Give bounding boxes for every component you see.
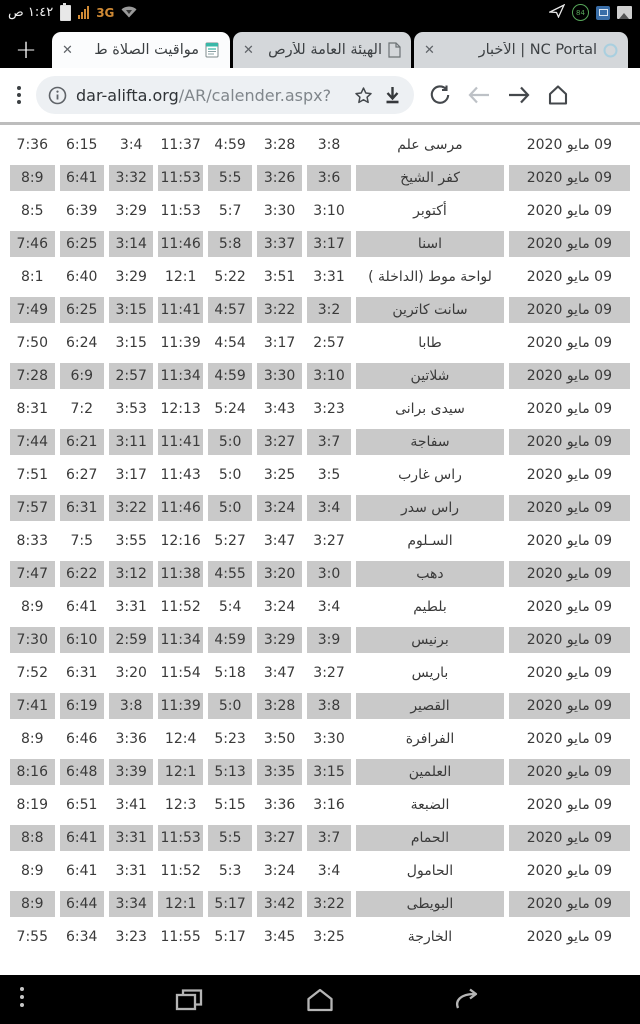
- tab-meteorology-authority[interactable]: الهيئة العامة للأرص ✕: [233, 32, 411, 68]
- time-cell: 5:0: [208, 462, 252, 488]
- date-cell: 09 مايو 2020: [509, 462, 630, 488]
- city-cell: الخارجة: [356, 924, 504, 950]
- time-cell: 5:4: [208, 594, 252, 620]
- time-cell: 7:2: [60, 396, 104, 422]
- table-row: 09 مايو 2020سيدى برانى3:233:435:2412:133…: [10, 396, 630, 422]
- date-cell: 09 مايو 2020: [509, 759, 630, 785]
- table-row: 09 مايو 2020باريس3:273:475:1811:543:206:…: [10, 660, 630, 686]
- time-cell: 6:41: [60, 858, 104, 884]
- time-cell: 7:30: [10, 627, 55, 653]
- date-cell: 09 مايو 2020: [509, 891, 630, 917]
- time-cell: 11:38: [158, 561, 202, 587]
- time-cell: 7:51: [10, 462, 55, 488]
- time-cell: 4:54: [208, 330, 252, 356]
- table-row: 09 مايو 2020لواحة موط (الداخلة )3:313:51…: [10, 264, 630, 290]
- time-cell: 3:27: [257, 429, 301, 455]
- time-cell: 3:15: [109, 330, 153, 356]
- time-cell: 3:24: [257, 858, 301, 884]
- clock: ١:٤٢ ص: [8, 5, 53, 20]
- close-icon[interactable]: ✕: [243, 43, 254, 58]
- recent-apps-button[interactable]: [172, 985, 206, 1015]
- time-cell: 3:8: [307, 132, 351, 158]
- time-cell: 3:31: [109, 858, 153, 884]
- date-cell: 09 مايو 2020: [509, 660, 630, 686]
- time-cell: 11:34: [158, 627, 202, 653]
- table-row: 09 مايو 2020الفرافرة3:303:505:2312:43:36…: [10, 726, 630, 752]
- city-cell: برنيس: [356, 627, 504, 653]
- date-cell: 09 مايو 2020: [509, 396, 630, 422]
- city-cell: الضبعة: [356, 792, 504, 818]
- close-icon[interactable]: ✕: [62, 43, 73, 58]
- back-arrow-icon[interactable]: [466, 83, 492, 107]
- time-cell: 3:12: [109, 561, 153, 587]
- time-cell: 5:23: [208, 726, 252, 752]
- time-cell: 3:39: [109, 759, 153, 785]
- android-navigation-bar: [0, 975, 640, 1024]
- table-row: 09 مايو 2020بلطيم3:43:245:411:523:316:41…: [10, 594, 630, 620]
- time-cell: 3:35: [257, 759, 301, 785]
- table-row: 09 مايو 2020الخارجة3:253:455:1711:553:23…: [10, 924, 630, 950]
- time-cell: 2:59: [109, 627, 153, 653]
- url-domain: dar-alifta.org: [76, 86, 179, 105]
- table-row: 09 مايو 2020راس غارب3:53:255:011:433:176…: [10, 462, 630, 488]
- time-cell: 5:5: [208, 825, 252, 851]
- tab-title: مواقيت الصلاة ط: [79, 42, 199, 58]
- time-cell: 5:22: [208, 264, 252, 290]
- time-cell: 3:24: [257, 594, 301, 620]
- time-cell: 7:41: [10, 693, 55, 719]
- time-cell: 3:10: [307, 198, 351, 224]
- city-cell: البويطى: [356, 891, 504, 917]
- time-cell: 8:9: [10, 858, 55, 884]
- time-cell: 8:16: [10, 759, 55, 785]
- date-cell: 09 مايو 2020: [509, 198, 630, 224]
- time-cell: 12:1: [158, 759, 202, 785]
- time-cell: 3:29: [109, 264, 153, 290]
- time-cell: 5:0: [208, 429, 252, 455]
- city-cell: شلاتين: [356, 363, 504, 389]
- city-cell: باريس: [356, 660, 504, 686]
- time-cell: 3:23: [109, 924, 153, 950]
- date-cell: 09 مايو 2020: [509, 363, 630, 389]
- time-cell: 5:0: [208, 693, 252, 719]
- time-cell: 3:45: [257, 924, 301, 950]
- time-cell: 3:41: [109, 792, 153, 818]
- time-cell: 3:31: [109, 594, 153, 620]
- time-cell: 6:10: [60, 627, 104, 653]
- time-cell: 11:39: [158, 330, 202, 356]
- time-cell: 7:46: [10, 231, 55, 257]
- table-row: 09 مايو 2020سفاجة3:73:275:011:413:116:21…: [10, 429, 630, 455]
- time-cell: 3:30: [307, 726, 351, 752]
- time-cell: 5:17: [208, 924, 252, 950]
- time-cell: 3:17: [109, 462, 153, 488]
- back-button[interactable]: [450, 985, 484, 1015]
- time-cell: 12:1: [158, 891, 202, 917]
- time-cell: 3:28: [257, 132, 301, 158]
- table-row: 09 مايو 2020راس سدر3:43:245:011:463:226:…: [10, 495, 630, 521]
- time-cell: 5:18: [208, 660, 252, 686]
- time-cell: 7:47: [10, 561, 55, 587]
- city-cell: العلمين: [356, 759, 504, 785]
- time-cell: 3:14: [109, 231, 153, 257]
- time-cell: 3:8: [109, 693, 153, 719]
- date-cell: 09 مايو 2020: [509, 528, 630, 554]
- city-cell: اسنا: [356, 231, 504, 257]
- time-cell: 3:23: [307, 396, 351, 422]
- table-row: 09 مايو 2020طابا2:573:174:5411:393:156:2…: [10, 330, 630, 356]
- time-cell: 7:5: [60, 528, 104, 554]
- city-cell: أكتوبر: [356, 198, 504, 224]
- time-cell: 8:9: [10, 594, 55, 620]
- time-cell: 5:17: [208, 891, 252, 917]
- bookmark-star-icon[interactable]: [353, 85, 374, 106]
- time-cell: 3:42: [257, 891, 301, 917]
- time-cell: 3:32: [109, 165, 153, 191]
- time-cell: 3:53: [109, 396, 153, 422]
- time-cell: 7:52: [10, 660, 55, 686]
- battery-saver-badge-icon: 84: [572, 4, 589, 21]
- time-cell: 6:25: [60, 231, 104, 257]
- table-row: 09 مايو 2020مرسى علم3:83:284:5911:373:46…: [10, 132, 630, 158]
- url-bar[interactable]: dar-alifta.org/AR/calender.aspx?: [36, 76, 414, 114]
- screenshot-notification-icon: [617, 6, 632, 19]
- time-cell: 3:7: [307, 825, 351, 851]
- time-cell: 3:20: [257, 561, 301, 587]
- home-icon[interactable]: [546, 83, 570, 107]
- url-text[interactable]: dar-alifta.org/AR/calender.aspx?: [76, 86, 344, 105]
- time-cell: 11:46: [158, 495, 202, 521]
- reload-icon[interactable]: [428, 83, 452, 107]
- time-cell: 3:50: [257, 726, 301, 752]
- city-cell: سانت كاترين: [356, 297, 504, 323]
- time-cell: 3:5: [307, 462, 351, 488]
- time-cell: 11:37: [158, 132, 202, 158]
- time-cell: 5:15: [208, 792, 252, 818]
- time-cell: 6:21: [60, 429, 104, 455]
- time-cell: 3:4: [307, 495, 351, 521]
- time-cell: 3:16: [307, 792, 351, 818]
- table-row: 09 مايو 2020سانت كاترين3:23:224:5711:413…: [10, 297, 630, 323]
- date-cell: 09 مايو 2020: [509, 825, 630, 851]
- time-cell: 11:41: [158, 297, 202, 323]
- date-cell: 09 مايو 2020: [509, 693, 630, 719]
- time-cell: 6:41: [60, 594, 104, 620]
- time-cell: 6:44: [60, 891, 104, 917]
- table-row: 09 مايو 2020البويطى3:223:425:1712:13:346…: [10, 891, 630, 917]
- close-icon[interactable]: ✕: [424, 43, 435, 58]
- url-path: /AR/calender.aspx?: [179, 86, 331, 105]
- new-tab-button[interactable]: +: [0, 31, 52, 68]
- time-cell: 11:43: [158, 462, 202, 488]
- time-cell: 6:25: [60, 297, 104, 323]
- status-bar: ١:٤٢ ص 3G 84: [0, 0, 640, 25]
- table-row: 09 مايو 2020الحمام3:73:275:511:533:316:4…: [10, 825, 630, 851]
- time-cell: 5:0: [208, 495, 252, 521]
- time-cell: 3:7: [307, 429, 351, 455]
- time-cell: 6:51: [60, 792, 104, 818]
- tab-nc-portal-news[interactable]: NC Portal | الأخبار ✕: [414, 32, 628, 68]
- time-cell: 7:49: [10, 297, 55, 323]
- time-cell: 3:15: [307, 759, 351, 785]
- city-cell: كفر الشيخ: [356, 165, 504, 191]
- date-cell: 09 مايو 2020: [509, 627, 630, 653]
- time-cell: 11:54: [158, 660, 202, 686]
- tab-strip: + مواقيت الصلاة ط ✕ الهيئة العامة للأرص …: [0, 25, 640, 68]
- time-cell: 3:29: [109, 198, 153, 224]
- date-cell: 09 مايو 2020: [509, 297, 630, 323]
- time-cell: 4:57: [208, 297, 252, 323]
- table-row: 09 مايو 2020العلمين3:153:355:1312:13:396…: [10, 759, 630, 785]
- time-cell: 3:22: [109, 495, 153, 521]
- city-cell: سيدى برانى: [356, 396, 504, 422]
- time-cell: 11:53: [158, 165, 202, 191]
- time-cell: 7:44: [10, 429, 55, 455]
- city-cell: مرسى علم: [356, 132, 504, 158]
- time-cell: 3:25: [307, 924, 351, 950]
- time-cell: 4:59: [208, 132, 252, 158]
- table-row: 09 مايو 2020القصير3:83:285:011:393:86:19…: [10, 693, 630, 719]
- city-cell: القصير: [356, 693, 504, 719]
- time-cell: 5:27: [208, 528, 252, 554]
- home-button[interactable]: [303, 985, 337, 1015]
- time-cell: 6:41: [60, 825, 104, 851]
- city-cell: لواحة موط (الداخلة ): [356, 264, 504, 290]
- page-info-icon[interactable]: [48, 86, 67, 105]
- time-cell: 6:27: [60, 462, 104, 488]
- time-cell: 3:11: [109, 429, 153, 455]
- time-cell: 3:26: [257, 165, 301, 191]
- date-cell: 09 مايو 2020: [509, 924, 630, 950]
- time-cell: 8:31: [10, 396, 55, 422]
- time-cell: 6:24: [60, 330, 104, 356]
- time-cell: 11:53: [158, 825, 202, 851]
- time-cell: 3:4: [307, 858, 351, 884]
- time-cell: 11:41: [158, 429, 202, 455]
- time-cell: 12:13: [158, 396, 202, 422]
- time-cell: 3:22: [307, 891, 351, 917]
- time-cell: 6:31: [60, 495, 104, 521]
- time-cell: 3:17: [307, 231, 351, 257]
- time-cell: 7:57: [10, 495, 55, 521]
- date-cell: 09 مايو 2020: [509, 429, 630, 455]
- date-cell: 09 مايو 2020: [509, 594, 630, 620]
- time-cell: 3:25: [257, 462, 301, 488]
- time-cell: 6:40: [60, 264, 104, 290]
- menu-kebab-icon[interactable]: [10, 82, 28, 108]
- status-left-cluster: ١:٤٢ ص 3G: [8, 3, 137, 22]
- time-cell: 7:50: [10, 330, 55, 356]
- time-cell: 6:34: [60, 924, 104, 950]
- time-cell: 3:24: [257, 495, 301, 521]
- time-cell: 8:19: [10, 792, 55, 818]
- time-cell: 3:30: [257, 198, 301, 224]
- time-cell: 3:22: [257, 297, 301, 323]
- city-cell: بلطيم: [356, 594, 504, 620]
- time-cell: 4:59: [208, 627, 252, 653]
- city-cell: الحمام: [356, 825, 504, 851]
- time-cell: 11:53: [158, 198, 202, 224]
- date-cell: 09 مايو 2020: [509, 330, 630, 356]
- time-cell: 8:9: [10, 165, 55, 191]
- date-cell: 09 مايو 2020: [509, 726, 630, 752]
- time-cell: 8:33: [10, 528, 55, 554]
- date-cell: 09 مايو 2020: [509, 165, 630, 191]
- web-page-content[interactable]: 09 مايو 2020مرسى علم3:83:284:5911:373:46…: [0, 122, 640, 975]
- prayer-times-table: 09 مايو 2020مرسى علم3:83:284:5911:373:46…: [5, 125, 635, 957]
- time-cell: 5:7: [208, 198, 252, 224]
- time-cell: 3:20: [109, 660, 153, 686]
- time-cell: 3:29: [257, 627, 301, 653]
- time-cell: 3:55: [109, 528, 153, 554]
- time-cell: 6:31: [60, 660, 104, 686]
- date-cell: 09 مايو 2020: [509, 561, 630, 587]
- time-cell: 8:5: [10, 198, 55, 224]
- time-cell: 3:2: [307, 297, 351, 323]
- date-cell: 09 مايو 2020: [509, 495, 630, 521]
- time-cell: 2:57: [109, 363, 153, 389]
- paper-plane-icon: [549, 3, 565, 22]
- time-cell: 6:19: [60, 693, 104, 719]
- time-cell: 4:59: [208, 363, 252, 389]
- time-cell: 3:27: [307, 660, 351, 686]
- time-cell: 3:34: [109, 891, 153, 917]
- time-cell: 12:16: [158, 528, 202, 554]
- time-cell: 3:31: [307, 264, 351, 290]
- table-row: 09 مايو 2020برنيس3:93:294:5911:342:596:1…: [10, 627, 630, 653]
- date-cell: 09 مايو 2020: [509, 792, 630, 818]
- time-cell: 3:28: [257, 693, 301, 719]
- time-cell: 3:6: [307, 165, 351, 191]
- time-cell: 3:10: [307, 363, 351, 389]
- time-cell: 4:55: [208, 561, 252, 587]
- blue-app-notification-icon: [596, 6, 610, 20]
- time-cell: 5:8: [208, 231, 252, 257]
- time-cell: 6:46: [60, 726, 104, 752]
- circle-logo-icon: [603, 43, 618, 58]
- date-cell: 09 مايو 2020: [509, 231, 630, 257]
- time-cell: 12:3: [158, 792, 202, 818]
- time-cell: 2:57: [307, 330, 351, 356]
- time-cell: 7:36: [10, 132, 55, 158]
- time-cell: 3:17: [257, 330, 301, 356]
- time-cell: 3:4: [109, 132, 153, 158]
- time-cell: 11:34: [158, 363, 202, 389]
- table-row: 09 مايو 2020أكتوبر3:103:305:711:533:296:…: [10, 198, 630, 224]
- city-cell: راس غارب: [356, 462, 504, 488]
- time-cell: 6:9: [60, 363, 104, 389]
- prayer-table-body: 09 مايو 2020مرسى علم3:83:284:5911:373:46…: [10, 132, 630, 950]
- phone-screen: ١:٤٢ ص 3G 84 + مواقيت الصلاة ط: [0, 0, 640, 1024]
- tab-prayer-times[interactable]: مواقيت الصلاة ط ✕: [52, 32, 230, 68]
- table-row: 09 مايو 2020شلاتين3:103:304:5911:342:576…: [10, 363, 630, 389]
- city-cell: طابا: [356, 330, 504, 356]
- time-cell: 6:22: [60, 561, 104, 587]
- city-cell: الفرافرة: [356, 726, 504, 752]
- signal-strength-icon: [78, 6, 89, 19]
- table-row: 09 مايو 2020الحامول3:43:245:311:523:316:…: [10, 858, 630, 884]
- table-row: 09 مايو 2020اسنا3:173:375:811:463:146:25…: [10, 231, 630, 257]
- time-cell: 11:52: [158, 594, 202, 620]
- forward-arrow-icon[interactable]: [506, 83, 532, 107]
- time-cell: 3:43: [257, 396, 301, 422]
- time-cell: 11:39: [158, 693, 202, 719]
- time-cell: 3:36: [257, 792, 301, 818]
- page-icon: [388, 42, 401, 58]
- date-cell: 09 مايو 2020: [509, 264, 630, 290]
- time-cell: 3:8: [307, 693, 351, 719]
- battery-icon: [60, 5, 71, 21]
- city-cell: راس سدر: [356, 495, 504, 521]
- time-cell: 3:27: [257, 825, 301, 851]
- time-cell: 3:31: [109, 825, 153, 851]
- time-cell: 5:24: [208, 396, 252, 422]
- table-row: 09 مايو 2020كفر الشيخ3:63:265:511:533:32…: [10, 165, 630, 191]
- tab-title: الهيئة العامة للأرص: [260, 42, 382, 58]
- city-cell: السـلوم: [356, 528, 504, 554]
- network-type-label: 3G: [96, 6, 114, 20]
- time-cell: 5:3: [208, 858, 252, 884]
- time-cell: 3:9: [307, 627, 351, 653]
- time-cell: 8:9: [10, 726, 55, 752]
- time-cell: 6:15: [60, 132, 104, 158]
- time-cell: 6:41: [60, 165, 104, 191]
- time-cell: 12:1: [158, 264, 202, 290]
- time-cell: 5:13: [208, 759, 252, 785]
- time-cell: 3:27: [307, 528, 351, 554]
- time-cell: 3:47: [257, 660, 301, 686]
- time-cell: 3:36: [109, 726, 153, 752]
- time-cell: 7:28: [10, 363, 55, 389]
- time-cell: 3:0: [307, 561, 351, 587]
- time-cell: 8:8: [10, 825, 55, 851]
- city-cell: سفاجة: [356, 429, 504, 455]
- time-cell: 12:4: [158, 726, 202, 752]
- time-cell: 5:5: [208, 165, 252, 191]
- browser-toolbar: dar-alifta.org/AR/calender.aspx?: [0, 68, 640, 122]
- status-right-cluster: 84: [549, 3, 632, 22]
- time-cell: 7:55: [10, 924, 55, 950]
- table-row: 09 مايو 2020السـلوم3:273:475:2712:163:55…: [10, 528, 630, 554]
- city-cell: دهب: [356, 561, 504, 587]
- date-cell: 09 مايو 2020: [509, 132, 630, 158]
- calendar-doc-icon: [205, 42, 220, 58]
- table-row: 09 مايو 2020دهب3:03:204:5511:383:126:227…: [10, 561, 630, 587]
- time-cell: 3:15: [109, 297, 153, 323]
- time-cell: 3:47: [257, 528, 301, 554]
- time-cell: 3:51: [257, 264, 301, 290]
- time-cell: 11:46: [158, 231, 202, 257]
- table-row: 09 مايو 2020الضبعة3:163:365:1512:33:416:…: [10, 792, 630, 818]
- time-cell: 11:52: [158, 858, 202, 884]
- wifi-icon: [121, 3, 137, 22]
- nav-menu-dots-icon[interactable]: [20, 987, 24, 1007]
- time-cell: 3:30: [257, 363, 301, 389]
- date-cell: 09 مايو 2020: [509, 858, 630, 884]
- time-cell: 8:1: [10, 264, 55, 290]
- time-cell: 6:48: [60, 759, 104, 785]
- time-cell: 6:39: [60, 198, 104, 224]
- time-cell: 3:37: [257, 231, 301, 257]
- download-icon[interactable]: [383, 85, 402, 105]
- time-cell: 11:55: [158, 924, 202, 950]
- time-cell: 8:9: [10, 891, 55, 917]
- city-cell: الحامول: [356, 858, 504, 884]
- time-cell: 3:4: [307, 594, 351, 620]
- tab-title: NC Portal | الأخبار: [441, 42, 597, 58]
